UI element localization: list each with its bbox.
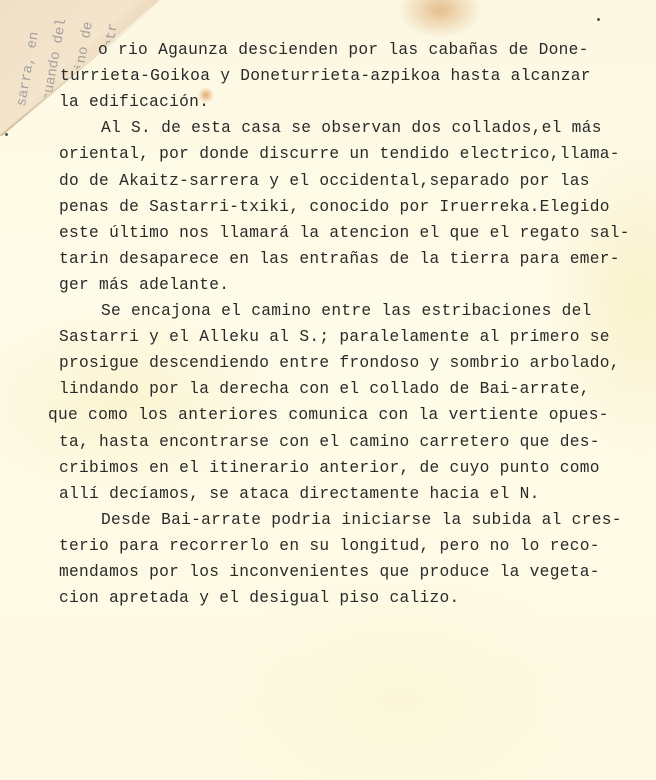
text-line: Se encajona el camino entre las estribac…	[101, 301, 592, 321]
text-line: mendamos por los inconvenientes que prod…	[59, 562, 600, 582]
text-line: prosigue descendiendo entre frondoso y s…	[59, 353, 620, 373]
text-line: lindando por la derecha con el collado d…	[59, 379, 590, 399]
text-line: do de Akaitz-sarrera y el occidental,sep…	[59, 171, 590, 191]
text-line: ger más adelante.	[59, 275, 229, 295]
text-line: tarin desaparece en las entrañas de la t…	[59, 249, 620, 269]
ink-speck	[597, 18, 600, 21]
ink-speck	[5, 133, 8, 136]
text-line: la edificación.	[59, 92, 209, 112]
scanned-page: sarra, en cuando del camino de encontr o…	[0, 0, 656, 780]
text-line: terio para recorrerlo en su longitud, pe…	[59, 536, 600, 556]
text-line: o rio Agaunza descienden por las cabañas…	[98, 40, 589, 60]
text-line: oriental, por donde discurre un tendido …	[59, 144, 620, 164]
text-line: cion apretada y el desigual piso calizo.	[59, 588, 460, 608]
fold-text-line: sarra, en	[14, 31, 43, 108]
text-line: Sastarri y el Alleku al S.; paralelament…	[59, 327, 610, 347]
text-line: turrieta-Goikoa y Doneturrieta-azpikoa h…	[60, 66, 591, 86]
text-line: ta, hasta encontrarse con el camino carr…	[59, 432, 600, 452]
text-line: cribimos en el itinerario anterior, de c…	[59, 458, 600, 478]
text-line: allí decíamos, se ataca directamente hac…	[59, 484, 540, 504]
text-line: Al S. de esta casa se observan dos colla…	[101, 118, 602, 138]
text-line: que como los anteriores comunica con la …	[48, 405, 609, 425]
text-line: este último nos llamará la atencion el q…	[59, 223, 630, 243]
text-line: Desde Bai-arrate podria iniciarse la sub…	[101, 510, 622, 530]
text-line: penas de Sastarri-txiki, conocido por Ir…	[59, 197, 610, 217]
